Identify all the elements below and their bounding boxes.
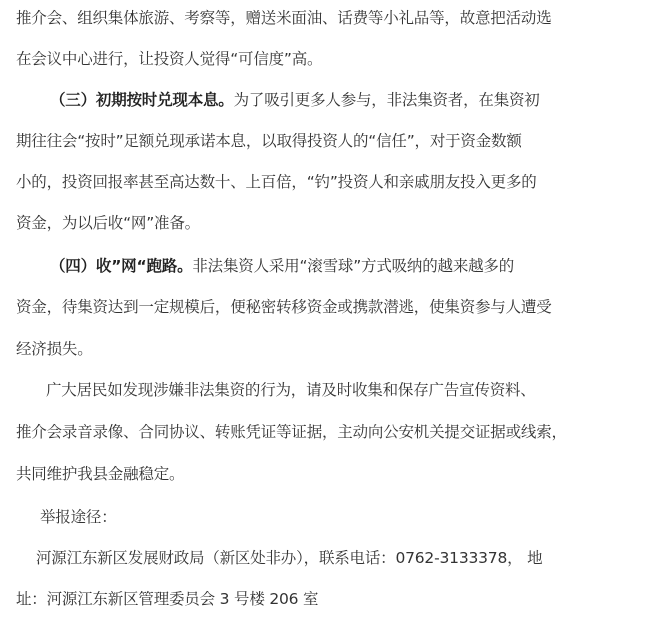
section-heading-4: （四）收”网“跑路。	[50, 257, 192, 275]
report-address-line: 址：河源江东新区管理委员会 3 号楼 206 室	[16, 589, 318, 609]
paragraph-line: 共同维护我县金融稳定。	[16, 464, 184, 484]
paragraph-line: 资金，为以后收“网”准备。	[16, 213, 200, 233]
paragraph-line: （三）初期按时兑现本息。为了吸引更多人参与，非法集资者，在集资初	[50, 90, 540, 110]
paragraph-line: 资金，待集资达到一定规模后，便秘密转移资金或携款潜逃，使集资参与人遭受	[16, 297, 552, 317]
section-heading-3: （三）初期按时兑现本息。	[50, 91, 234, 109]
paragraph-line: 广大居民如发现涉嫌非法集资的行为，请及时收集和保存广告宣传资料、	[46, 380, 536, 400]
paragraph-line: 推介会录音录像、合同协议、转账凭证等证据，主动向公安机关提交证据或线索，	[16, 422, 567, 442]
paragraph-text: 为了吸引更多人参与，非法集资者，在集资初	[234, 91, 540, 109]
paragraph-line: 期往往会“按时”足额兑现承诺本息，以取得投资人的“信任”，对于资金数额	[16, 131, 522, 151]
paragraph-line: 推介会、组织集体旅游、考察等，赠送米面油、话费等小礼品等，故意把活动选	[16, 8, 552, 28]
paragraph-line: 经济损失。	[16, 339, 93, 359]
paragraph-line: 在会议中心进行，让投资人觉得“可信度”高。	[16, 49, 322, 69]
paragraph-line: 小的，投资回报率甚至高达数十、上百倍，“钓”投资人和亲戚朋友投入更多的	[16, 172, 537, 192]
paragraph-line: （四）收”网“跑路。非法集资人采用“滚雪球”方式吸纳的越来越多的	[50, 256, 514, 276]
report-label: 举报途径：	[40, 507, 117, 527]
report-contact-line: 河源江东新区发展财政局（新区处非办），联系电话：0762-3133378， 地	[36, 548, 542, 568]
article-body: 推介会、组织集体旅游、考察等，赠送米面油、话费等小礼品等，故意把活动选 在会议中…	[0, 0, 654, 618]
paragraph-text: 非法集资人采用“滚雪球”方式吸纳的越来越多的	[192, 257, 514, 275]
